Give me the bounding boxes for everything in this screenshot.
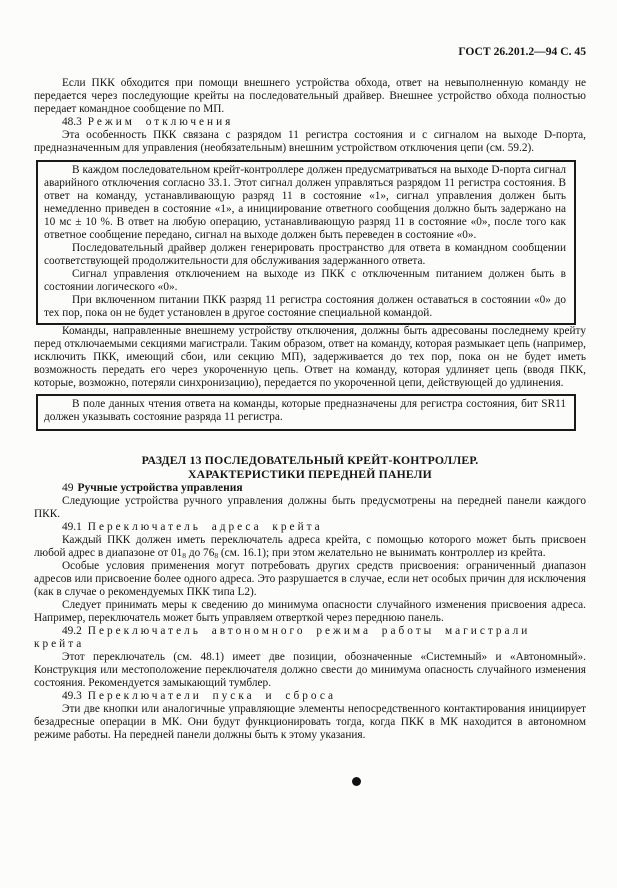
paragraph-measures: Следует принимать меры к сведению до мин… bbox=[34, 599, 586, 625]
heading-48-3-number: 48.3 bbox=[62, 116, 82, 128]
paragraph-feature: Эта особенность ПКК связана с разрядом 1… bbox=[34, 129, 586, 155]
heading-49-3-title: Переключатели пуска и сброса bbox=[88, 690, 336, 702]
paragraph-bypass: Если ПКК обходится при помощи внешнего у… bbox=[34, 77, 586, 116]
box-paragraph: В поле данных чтения ответа на команды, … bbox=[44, 398, 566, 424]
box-paragraph: Последовательный драйвер должен генериро… bbox=[44, 242, 566, 268]
heading-49-2-title: Переключатель автономного режима работы … bbox=[34, 625, 530, 650]
heading-49-2-number: 49.2 bbox=[62, 625, 82, 637]
heading-49-title: Ручные устройства управления bbox=[78, 482, 243, 494]
paragraph-special-conditions: Особые условия применения могут потребов… bbox=[34, 560, 586, 599]
heading-49-3: 49.3Переключатели пуска и сброса bbox=[34, 690, 586, 703]
document-page: ГОСТ 26.201.2—94 С. 45 Если ПКК обходитс… bbox=[0, 0, 617, 888]
box-paragraph: При включенном питании ПКК разряд 11 рег… bbox=[44, 294, 566, 320]
heading-48-3: 48.3Режим отключения bbox=[34, 116, 586, 129]
heading-49-2: 49.2Переключатель автономного режима раб… bbox=[34, 625, 586, 651]
paragraph-start-reset-buttons: Эти две кнопки или аналогичные управляющ… bbox=[34, 703, 586, 742]
text-segment: (см. 16.1); при этом желательно не выним… bbox=[218, 547, 545, 559]
heading-49-number: 49 bbox=[62, 482, 74, 494]
section-13-heading-line2: ХАРАКТЕРИСТИКИ ПЕРЕДНЕЙ ПАНЕЛИ bbox=[34, 468, 586, 482]
requirement-box-sr11: В поле данных чтения ответа на команды, … bbox=[36, 394, 576, 431]
paragraph-commands: Команды, направленные внешнему устройств… bbox=[34, 325, 586, 390]
section-13-heading: РАЗДЕЛ 13 ПОСЛЕДОВАТЕЛЬНЫЙ КРЕЙТ-КОНТРОЛ… bbox=[34, 454, 586, 482]
heading-48-3-title: Режим отключения bbox=[88, 116, 234, 128]
page-header-gost-ref: ГОСТ 26.201.2—94 С. 45 bbox=[34, 45, 586, 58]
requirement-box-disconnect: В каждом последовательном крейт-контролл… bbox=[36, 160, 576, 325]
heading-49-3-number: 49.3 bbox=[62, 690, 82, 702]
section-13-heading-line1: РАЗДЕЛ 13 ПОСЛЕДОВАТЕЛЬНЫЙ КРЕЙТ-КОНТРОЛ… bbox=[34, 454, 586, 468]
heading-49: 49Ручные устройства управления bbox=[34, 482, 586, 495]
heading-49-1-title: Переключатель адреса крейта bbox=[88, 521, 323, 533]
box-paragraph: В каждом последовательном крейт-контролл… bbox=[44, 164, 566, 242]
paragraph-switch-positions: Этот переключатель (см. 48.1) имеет две … bbox=[34, 651, 586, 690]
page-footer-dot bbox=[352, 777, 361, 786]
paragraph-crate-address: Каждый ПКК должен иметь переключатель ад… bbox=[34, 534, 586, 560]
box-paragraph: Сигнал управления отключением на выходе … bbox=[44, 268, 566, 294]
heading-49-1: 49.1Переключатель адреса крейта bbox=[34, 521, 586, 534]
paragraph-following-devices: Следующие устройства ручного управления … bbox=[34, 495, 586, 521]
heading-49-1-number: 49.1 bbox=[62, 521, 82, 533]
text-segment: до 76 bbox=[186, 547, 214, 559]
